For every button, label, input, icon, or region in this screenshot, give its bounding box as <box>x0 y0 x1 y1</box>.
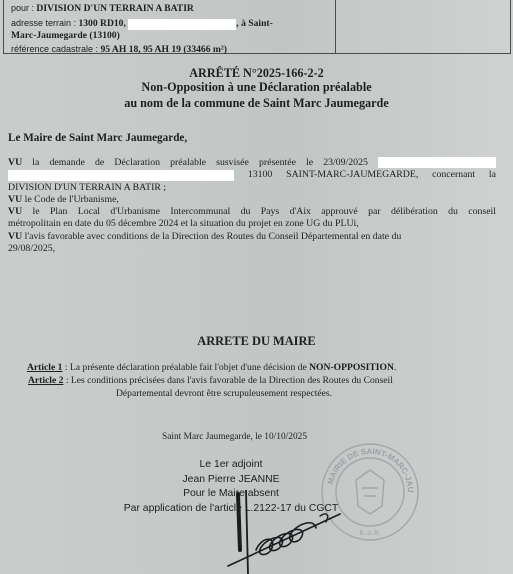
cadastre-label: référence cadastrale : <box>11 44 98 54</box>
article-1-decision: NON-OPPOSITION <box>309 362 394 373</box>
article-1: Article 1 : La présente déclaration préa… <box>27 362 396 374</box>
header-info-cell: pour : DIVISION D'UN TERRAIN A BATIR adr… <box>11 2 329 56</box>
handwritten-signature-icon <box>220 490 360 574</box>
article-1-text: La présente déclaration préalable fait l… <box>68 362 310 373</box>
arrete-subject: Non-Opposition à une Déclaration préalab… <box>0 80 513 95</box>
considerant-3-line1: VU le Plan Local d'Urbanisme Intercommun… <box>8 206 496 218</box>
adresse-value-line2: Marc-Jaumegarde (13100) <box>11 30 120 41</box>
signatory-role: Le 1er adjoint <box>100 458 362 473</box>
vu-label: VU <box>8 206 22 217</box>
considerants-block: VU la demande de Déclaration préalable s… <box>8 157 496 255</box>
adresse-value-start: 1300 RD10, <box>78 18 125 29</box>
article-2-label: Article 2 <box>28 375 63 386</box>
article-2-line2: Départemental devront être scrupuleuseme… <box>116 388 332 400</box>
considerant-4-line1: VU l'avis favorable avec conditions de l… <box>8 231 496 243</box>
signatory-name: Jean Pierre JEANNE <box>100 473 362 488</box>
considerant-3-line2: métropolitain en date du 05 décembre 202… <box>8 218 496 230</box>
pour-value: DIVISION D'UN TERRAIN A BATIR <box>36 3 193 14</box>
cadastre-line: référence cadastrale : 95 AH 18, 95 AH 1… <box>11 43 329 56</box>
article-2-text: Les conditions précisées dans l'avis fav… <box>69 375 393 386</box>
arrete-number: ARRÊTÉ N°2025-166-2-2 <box>0 66 513 81</box>
stamp-bottom: B.-d.-R. <box>360 531 381 537</box>
considerant-1-line2: 13100 SAINT-MARC-JAUMEGARDE, concernant … <box>8 169 496 181</box>
vu-label: VU <box>8 194 22 205</box>
adresse-line: adresse terrain : 1300 RD10, , à Saint- <box>11 17 329 30</box>
header-info-box: pour : DIVISION D'UN TERRAIN A BATIR adr… <box>3 0 511 54</box>
header-box-divider <box>335 0 336 53</box>
redacted-block <box>8 170 234 181</box>
considerant-1-text: la demande de Déclaration préalable susv… <box>32 157 368 168</box>
considerant-1-text-2: 13100 SAINT-MARC-JAUMEGARDE, concernant … <box>248 169 496 180</box>
considerant-1-line3: DIVISION D'UN TERRAIN A BATIR ; <box>8 182 496 194</box>
cadastre-value: 95 AH 18, 95 AH 19 (33466 m²) <box>100 44 227 55</box>
considerant-2-text: le Code de l'Urbanisme, <box>25 194 119 205</box>
considerant-3-text: le Plan Local d'Urbanisme Intercommunal … <box>33 206 496 217</box>
article-1-label: Article 1 <box>27 362 62 373</box>
arrete-heading: ARRETE DU MAIRE <box>0 334 513 349</box>
redacted-block <box>128 19 236 30</box>
adresse-label: adresse terrain : <box>11 18 76 28</box>
considerant-1-line1: VU la demande de Déclaration préalable s… <box>8 157 496 169</box>
article-1-end: . <box>394 362 396 373</box>
considerant-4-line2: 29/08/2025, <box>8 243 496 255</box>
signature-place-date: Saint Marc Jaumegarde, le 10/10/2025 <box>162 432 307 442</box>
pour-label: pour : <box>11 3 34 13</box>
adresse-line-2: Marc-Jaumegarde (13100) <box>11 30 329 42</box>
vu-label: VU <box>8 157 22 168</box>
arrete-commune: au nom de la commune de Saint Marc Jaume… <box>0 96 513 111</box>
vu-label: VU <box>8 231 22 242</box>
considerant-4-text: l'avis favorable avec conditions de la D… <box>25 231 402 242</box>
considerant-2: VU le Code de l'Urbanisme, <box>8 194 496 206</box>
pour-line: pour : DIVISION D'UN TERRAIN A BATIR <box>11 2 329 15</box>
adresse-value-end: , à Saint- <box>236 18 273 29</box>
article-2: Article 2 : Les conditions précisées dan… <box>28 375 393 387</box>
maire-heading: Le Maire de Saint Marc Jaumegarde, <box>8 132 187 144</box>
redacted-block <box>378 157 496 168</box>
